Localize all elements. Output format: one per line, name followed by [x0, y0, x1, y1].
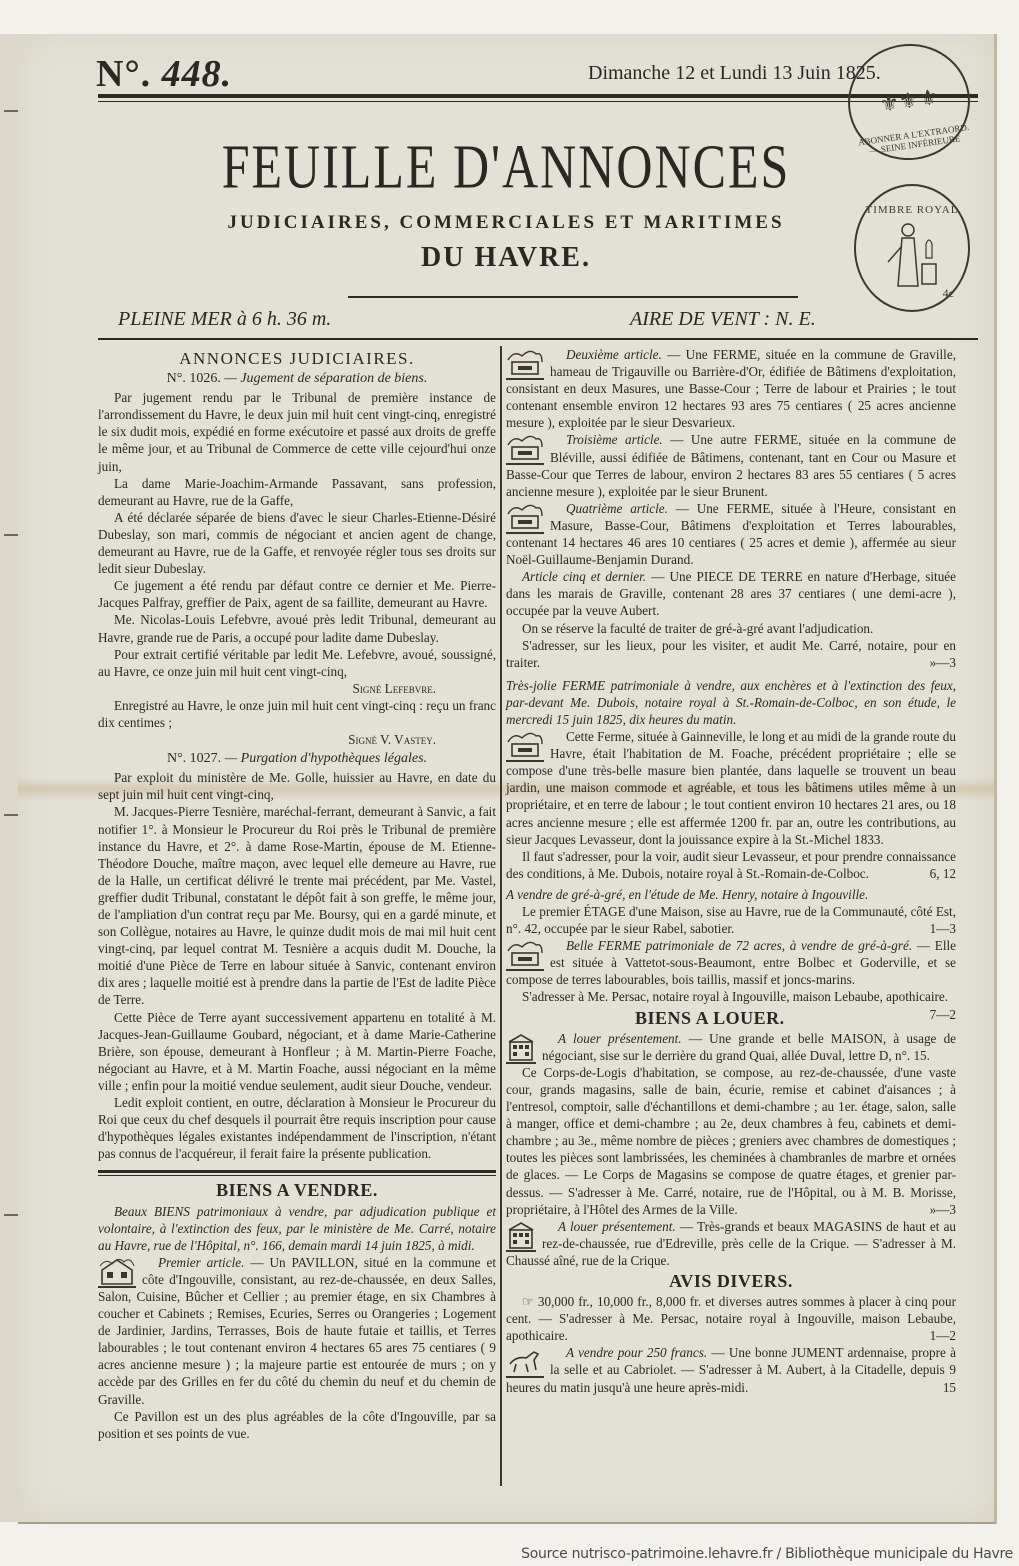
notice-paragraph: Ledit exploit contient, en outre, déclar…	[98, 1094, 496, 1162]
sale-intro: Beaux BIENS patrimoniaux à vendre, par a…	[98, 1203, 496, 1254]
stamp-royal-text: TIMBRE ROYAL	[856, 204, 968, 216]
article-text: 30,000 fr., 10,000 fr., 8,000 fr. et div…	[506, 1294, 956, 1343]
insertion-ref: 1—2	[914, 1327, 956, 1344]
issue-number: N°. 448.	[96, 52, 232, 96]
article-2: Deuxième article. — Une FERME, située en…	[506, 346, 956, 431]
farm-vignette-icon	[506, 730, 544, 762]
house-vignette-icon	[98, 1256, 136, 1288]
horse-vignette-icon	[506, 1346, 544, 1378]
masthead-rule-thin	[98, 101, 978, 102]
notice-paragraph: Par jugement rendu par le Tribunal de pr…	[98, 389, 496, 474]
notice-paragraph: Cette Pièce de Terre ayant successivemen…	[98, 1009, 496, 1094]
insertion-ref: 6, 12	[914, 865, 956, 882]
henry-intro: A vendre de gré-à-gré, en l'étude de Me.…	[506, 886, 956, 903]
article-label: Quatrième article.	[566, 501, 668, 516]
column-divider	[500, 346, 502, 1486]
article-1: Premier article. — Un PAVILLON, situé en…	[98, 1254, 496, 1408]
reserve-note: On se réserve la faculté de traiter de g…	[506, 620, 956, 637]
notice-paragraph: Pour extrait certifié véritable par ledi…	[98, 646, 496, 680]
farm-vignette-icon	[506, 348, 544, 380]
contact-text: S'adresser à Me. Persac, notaire royal à…	[522, 989, 948, 1004]
stamp-value: 4c	[856, 286, 968, 301]
article-text: Le premier ÉTAGE d'une Maison, sise au H…	[506, 904, 956, 936]
farm-vignette-icon	[506, 502, 544, 534]
masthead-rule	[98, 94, 978, 98]
article-label: Troisième article.	[566, 432, 663, 447]
avis-1: ☞ 30,000 fr., 10,000 fr., 8,000 fr. et d…	[506, 1293, 956, 1344]
binding-edge	[0, 34, 19, 1522]
newspaper-title: FEUILLE D'ANNONCES	[18, 130, 994, 203]
section-rule	[98, 1170, 496, 1176]
article-label: A vendre pour 250 francs.	[566, 1345, 707, 1360]
notice-paragraph: Ce jugement a été rendu par défaut contr…	[98, 577, 496, 611]
building-vignette-icon	[506, 1220, 536, 1252]
article-label: A louer présentement.	[558, 1219, 676, 1234]
notice-number: N°. 1027.	[167, 751, 221, 766]
notice-title: — Jugement de séparation de biens.	[224, 371, 427, 386]
tide-info: PLEINE MER à 6 h. 36 m.	[118, 308, 331, 331]
royal-stamp-icon: TIMBRE ROYAL 4c	[854, 184, 970, 312]
belle-ferme-article: Belle FERME patrimoniale de 72 acres, à …	[506, 937, 956, 988]
contact-note: S'adresser, sur les lieux, pour les visi…	[506, 637, 956, 671]
notice-paragraph: Par exploit du ministère de Me. Golle, h…	[98, 769, 496, 803]
article-label: Article cinq et dernier.	[522, 569, 646, 584]
article-4: Quatrième article. — Une FERME, située à…	[506, 500, 956, 568]
notice-paragraph: Me. Nicolas-Louis Lefebvre, avoué près l…	[98, 611, 496, 645]
insertion-ref: »—3	[914, 1201, 956, 1218]
article-label: Premier article.	[158, 1255, 244, 1270]
issue-label: N°.	[96, 53, 151, 95]
left-column: ANNONCES JUDICIAIRES. N°. 1026. — Jugeme…	[98, 346, 496, 1442]
contact-text: S'adresser, sur les lieux, pour les visi…	[506, 638, 956, 670]
article-label: Belle FERME patrimoniale de 72 acres, à …	[566, 938, 912, 953]
article-text: Cette Ferme, située à Gainneville, le lo…	[506, 728, 956, 848]
signature: Signé Lefebvre.	[98, 680, 496, 697]
article-3: Troisième article. — Une autre FERME, si…	[506, 431, 956, 499]
insertion-ref: 15	[927, 1379, 956, 1396]
article-text: — Un PAVILLON, situé en la commune et cô…	[98, 1255, 496, 1407]
insertion-ref: »—3	[914, 654, 956, 671]
ferme-article: Cette Ferme, située à Gainneville, le lo…	[506, 728, 956, 848]
louer-article-2: A louer présentement. — Très-grands et b…	[506, 1218, 956, 1269]
right-column: Deuxième article. — Une FERME, située en…	[506, 346, 956, 1396]
section-title-vendre: BIENS A VENDRE.	[98, 1182, 496, 1199]
section-title-avis: AVIS DIVERS.	[506, 1273, 956, 1290]
avis-2: A vendre pour 250 francs. — Une bonne JU…	[506, 1344, 956, 1395]
contact-text: Il faut s'adresser, pour la voir, audit …	[506, 849, 956, 881]
henry-body: Le premier ÉTAGE d'une Maison, sise au H…	[506, 903, 956, 937]
issue-number-value: 448.	[162, 53, 233, 95]
article-label: Deuxième article.	[566, 347, 662, 362]
pointing-hand-icon: ☞	[522, 1294, 538, 1309]
notice-title: — Purgation d'hypothèques légales.	[225, 751, 427, 766]
notice-1027-heading: N°. 1027. — Purgation d'hypothèques léga…	[98, 750, 496, 767]
article-text: Ce Corps-de-Logis d'habitation, se compo…	[506, 1065, 956, 1217]
article-note: Ce Pavillon est un des plus agréables de…	[98, 1408, 496, 1442]
newspaper-page: N°. 448. Dimanche 12 et Lundi 13 Juin 18…	[18, 34, 997, 1524]
belle-ferme-contact: S'adresser à Me. Persac, notaire royal à…	[506, 988, 956, 1005]
insertion-ref: 1—3	[914, 920, 956, 937]
header-rule	[98, 338, 978, 340]
notice-paragraph: A été déclarée séparée de biens d'avec l…	[98, 509, 496, 577]
article-label: A louer présentement.	[558, 1031, 682, 1046]
title-rule	[348, 296, 798, 298]
notice-number: N°. 1026.	[167, 371, 221, 386]
louer-article-1: A louer présentement. — Une grande et be…	[506, 1030, 956, 1064]
building-vignette-icon	[506, 1032, 536, 1064]
farm-vignette-icon	[506, 433, 544, 465]
section-title-louer: BIENS A LOUER.	[506, 1010, 956, 1027]
newspaper-subtitle: JUDICIAIRES, COMMERCIALES ET MARITIMES	[18, 212, 994, 234]
source-credit: Source nutrisco-patrimoine.lehavre.fr / …	[521, 1546, 1013, 1562]
notice-paragraph: La dame Marie-Joachim-Armande Passavant,…	[98, 475, 496, 509]
notice-1026-heading: N°. 1026. — Jugement de séparation de bi…	[98, 370, 496, 387]
standing-figure-icon	[882, 222, 942, 292]
wind-info: AIRE DE VENT : N. E.	[630, 308, 816, 331]
signature: Signé V. Vastey.	[98, 731, 496, 748]
insertion-ref: 7—2	[914, 1006, 956, 1023]
newspaper-city: DU HAVRE.	[18, 242, 994, 274]
farm-vignette-icon	[506, 939, 544, 971]
ferme-intro: Très-jolie FERME patrimoniale à vendre, …	[506, 677, 956, 728]
issue-date: Dimanche 12 et Lundi 13 Juin 1825.	[588, 62, 881, 85]
louer-body: Ce Corps-de-Logis d'habitation, se compo…	[506, 1064, 956, 1218]
notice-paragraph: Enregistré au Havre, le onze juin mil hu…	[98, 697, 496, 731]
ferme-contact: Il faut s'adresser, pour la voir, audit …	[506, 848, 956, 882]
notice-paragraph: M. Jacques-Pierre Tesnière, maréchal-fer…	[98, 803, 496, 1008]
section-title-judiciaires: ANNONCES JUDICIAIRES.	[98, 350, 496, 367]
